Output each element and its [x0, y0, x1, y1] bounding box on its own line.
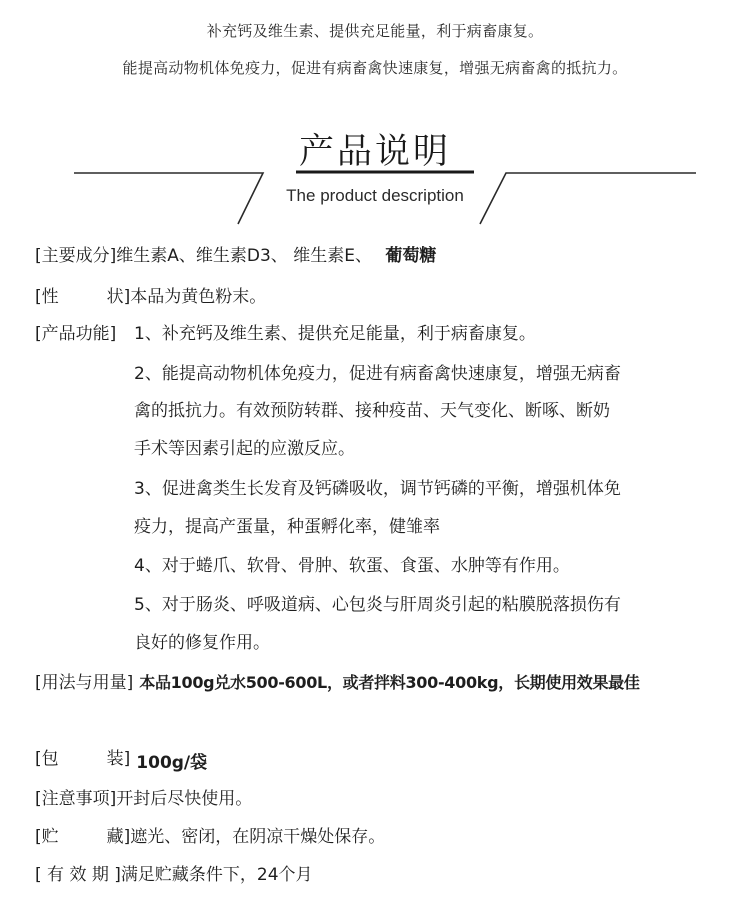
usage-value: 本品100g兑水500-600L，或者拌料300-400kg，长期使用效果最佳 — [139, 673, 639, 692]
packaging-value: 100g/袋 — [136, 753, 207, 773]
usage-label: [用法与用量] — [35, 673, 133, 693]
function-line: 禽的抵抗力。有效预防转群、接种疫苗、天气变化、断啄、断奶 — [134, 400, 610, 422]
section-title: 产品说明 — [0, 124, 750, 174]
spec-shelf-life: [ 有 效 期 ]满足贮藏条件下，24个月 — [35, 864, 313, 886]
function-line: 3、促进禽类生长发育及钙磷吸收，调节钙磷的平衡，增强机体免 — [134, 478, 621, 500]
spec-packaging: [包装]100g/袋 — [35, 748, 207, 770]
spec-appearance: [性状]本品为黄色粉末。 — [35, 286, 266, 308]
function-line: 疫力，提高产蛋量，种蛋孵化率，健雏率 — [134, 516, 440, 538]
function-line: 4、对于蜷爪、软骨、骨肿、软蛋、食蛋、水肿等有作用。 — [134, 555, 570, 577]
spec-ingredients: [主要成分]维生素A、维生素D3、 维生素E、 葡萄糖 — [35, 245, 436, 267]
function-line: 良好的修复作用。 — [134, 632, 270, 654]
function-line: 5、对于肠炎、呼吸道病、心包炎与肝周炎引起的粘膜脱落损伤有 — [134, 594, 621, 616]
storage-label-right: 藏] — [107, 827, 131, 847]
packaging-label-left: [包 — [35, 749, 59, 769]
ingredients-value-bold: 葡萄糖 — [385, 246, 436, 266]
appearance-label-left: [性 — [35, 287, 59, 307]
appearance-value: 本品为黄色粉末。 — [130, 287, 266, 307]
section-subtitle: The product description — [0, 186, 750, 206]
function-line: 1、补充钙及维生素、提供充足能量，利于病畜康复。 — [134, 323, 536, 345]
ingredients-label: [主要成分] — [35, 245, 116, 267]
notes-label: [注意事项] — [35, 789, 116, 809]
storage-value: 遮光、密闭，在阴凉干燥处保存。 — [130, 827, 385, 847]
spec-usage: [用法与用量]本品100g兑水500-600L，或者拌料300-400kg，长期… — [35, 672, 640, 694]
spec-storage: [贮藏]遮光、密闭，在阴凉干燥处保存。 — [35, 826, 385, 848]
shelf-life-label: [ 有 效 期 ] — [35, 865, 121, 885]
appearance-label-right: 状] — [107, 287, 131, 307]
intro-line-1: 补充钙及维生素、提供充足能量，利于病畜康复。 — [0, 20, 750, 41]
shelf-life-value: 满足贮藏条件下，24个月 — [121, 865, 313, 885]
notes-value: 开封后尽快使用。 — [116, 789, 252, 809]
function-line: 2、能提高动物机体免疫力，促进有病畜禽快速康复，增强无病畜 — [134, 363, 621, 385]
functions-label: [产品功能] — [35, 324, 116, 344]
function-line: 手术等因素引起的应激反应。 — [134, 438, 355, 460]
packaging-label-right: 装] — [107, 749, 131, 769]
intro-line-2: 能提高动物机体免疫力，促进有病畜禽快速康复，增强无病畜禽的抵抗力。 — [0, 57, 750, 78]
spec-notes: [注意事项]开封后尽快使用。 — [35, 788, 252, 810]
storage-label-left: [贮 — [35, 827, 59, 847]
ingredients-value: 维生素A、维生素D3、 维生素E、 — [116, 246, 377, 266]
spec-functions-label: [产品功能] — [35, 323, 116, 345]
